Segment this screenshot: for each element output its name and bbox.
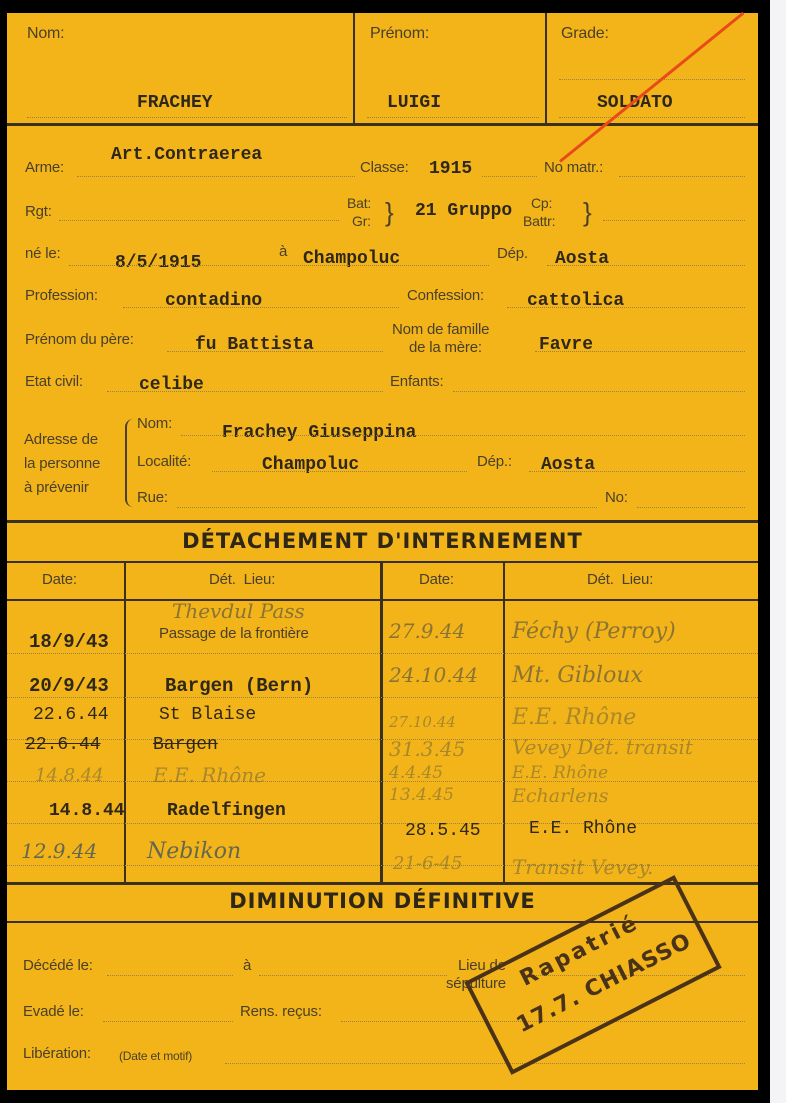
right-row-1-date: 24.10.44 xyxy=(389,663,478,687)
right-col-lieu-header: Dét. Lieu: xyxy=(587,571,653,588)
right-row-0-lieu: Féchy (Perroy) xyxy=(512,619,676,644)
contact-dep-value: Aosta xyxy=(541,455,595,475)
left-row-2-date: 20/9/43 xyxy=(29,675,109,697)
profession-label: Profession: xyxy=(25,287,98,304)
liberation-label: Libération: xyxy=(23,1045,91,1062)
rue-dotted-line xyxy=(177,507,597,508)
localite-value: Champoluc xyxy=(262,455,359,475)
ne-le-value: 8/5/1915 xyxy=(115,253,201,273)
section-rule-diminution-top xyxy=(7,882,758,885)
right-row-2-lieu: E.E. Rhône xyxy=(512,705,636,730)
right-row-0-date: 27.9.44 xyxy=(389,619,465,643)
left-col-divider xyxy=(124,563,126,883)
left-row-4-date-struck: 22.6.44 xyxy=(25,735,101,755)
etat-civil-dotted-line xyxy=(107,391,383,392)
arme-dotted-line xyxy=(77,176,355,177)
decede-a-dotted-line xyxy=(259,975,447,976)
left-row-4-lieu-struck: Bargen xyxy=(153,735,218,755)
nom-label: Nom: xyxy=(27,25,64,43)
row-line-2 xyxy=(7,697,758,698)
contact-dep-label: Dép.: xyxy=(477,453,512,470)
right-row-4-lieu: E.E. Rhône xyxy=(512,763,608,783)
etat-civil-value: celibe xyxy=(139,375,204,395)
contact-nom-value: Frachey Giuseppina xyxy=(222,423,416,443)
rue-label: Rue: xyxy=(137,489,168,506)
contact-group-label-1: Adresse de xyxy=(24,431,98,448)
row-line-1 xyxy=(7,653,758,654)
etat-civil-label: Etat civil: xyxy=(25,373,83,390)
confession-dotted-line xyxy=(507,307,745,308)
pere-dotted-line xyxy=(167,351,383,352)
left-row-3-lieu: St Blaise xyxy=(159,705,256,725)
contact-group-label-2: la personne xyxy=(24,455,100,472)
row-line-5 xyxy=(7,823,758,824)
pere-value: fu Battista xyxy=(195,335,314,355)
row-line-4 xyxy=(7,781,758,782)
right-row-6-date: 28.5.45 xyxy=(405,821,481,841)
a-label: à xyxy=(279,243,287,260)
left-row-6-date: 14.8.44 xyxy=(49,801,125,821)
right-row-7-date: 21-6-45 xyxy=(393,853,462,874)
no-dotted-line xyxy=(637,507,745,508)
grade-dotted-line-1 xyxy=(559,79,745,80)
prenom-value: LUIGI xyxy=(387,93,441,113)
bat-label: Bat: xyxy=(347,195,371,211)
liberation-dotted-line xyxy=(225,1063,745,1064)
rens-recus-label: Rens. reçus: xyxy=(240,1003,322,1020)
cp-dotted-line xyxy=(603,220,745,221)
battr-label: Battr: xyxy=(523,213,555,229)
bat-gr-value: 21 Gruppo xyxy=(415,201,512,221)
mere-label-line2: de la mère: xyxy=(409,339,482,356)
right-col-divider xyxy=(503,563,505,883)
left-row-6-lieu: Radelfingen xyxy=(167,801,286,821)
mere-label-line1: Nom de famille xyxy=(392,321,489,338)
ne-le-label: né le: xyxy=(25,245,61,262)
left-col-lieu-header: Dét. Lieu: xyxy=(209,571,275,588)
localite-label: Localité: xyxy=(137,453,191,470)
localite-dotted-line xyxy=(212,471,467,472)
section-rule-detachement-top xyxy=(7,520,758,523)
decede-a-label: à xyxy=(243,957,251,974)
header-divider-2 xyxy=(545,13,547,123)
left-row-5-lieu: E.E. Rhône xyxy=(153,763,266,787)
a-value: Champoluc xyxy=(303,249,400,269)
left-row-1-date: 18/9/43 xyxy=(29,631,109,653)
nom-dotted-line xyxy=(27,117,347,118)
rgt-dotted-line xyxy=(59,220,339,221)
cp-battr-brace: } xyxy=(583,197,591,228)
arme-value: Art.Contraerea xyxy=(111,145,262,165)
left-row-5-date: 14.8.44 xyxy=(35,765,104,786)
nom-value: FRACHEY xyxy=(137,93,213,113)
prenom-label: Prénom: xyxy=(370,25,429,43)
header-bottom-rule xyxy=(7,123,758,126)
header-divider-1 xyxy=(353,13,355,123)
grade-dotted-line-2 xyxy=(559,117,745,118)
left-col-date-header: Date: xyxy=(42,571,77,588)
pere-label: Prénom du père: xyxy=(25,331,134,348)
profession-value: contadino xyxy=(165,291,262,311)
contact-group-label-3: à prévenir xyxy=(24,479,89,496)
border-crossing-label: Passage de la frontière xyxy=(159,625,309,642)
right-row-5-date: 13.4.45 xyxy=(389,785,454,805)
decede-label: Décédé le: xyxy=(23,957,93,974)
grade-value: SOLDATO xyxy=(597,93,673,113)
detachement-title: DÉTACHEMENT D'INTERNEMENT xyxy=(7,529,758,553)
contact-brace xyxy=(125,419,135,507)
right-row-6-lieu: E.E. Rhône xyxy=(529,819,637,839)
right-row-4-date: 4.4.45 xyxy=(389,763,443,783)
enfants-dotted-line xyxy=(453,391,745,392)
right-row-3-lieu: Vevey Dét. transit xyxy=(512,735,693,759)
right-row-2-date: 27.10.44 xyxy=(389,713,456,731)
bat-gr-brace: } xyxy=(385,197,393,228)
left-row-0-lieu: Thevdul Pass xyxy=(172,599,305,623)
decede-dotted-line xyxy=(107,975,233,976)
arme-label: Arme: xyxy=(25,159,64,176)
internment-record-card: Nom: FRACHEY Prénom: LUIGI Grade: SOLDAT… xyxy=(7,13,758,1090)
classe-label: Classe: xyxy=(360,159,409,176)
left-row-7-date: 12.9.44 xyxy=(21,839,97,863)
gr-label: Gr: xyxy=(352,213,371,229)
contact-dep-dotted-line xyxy=(529,471,745,472)
ne-le-dotted-line xyxy=(69,265,489,266)
profession-dotted-line xyxy=(123,307,399,308)
prenom-dotted-line xyxy=(367,117,539,118)
right-row-1-lieu: Mt. Gibloux xyxy=(512,663,643,688)
right-margin-strip xyxy=(770,0,786,1103)
contact-nom-dotted-line xyxy=(181,435,745,436)
enfants-label: Enfants: xyxy=(390,373,443,390)
right-row-3-date: 31.3.45 xyxy=(389,737,465,761)
mere-dotted-line xyxy=(535,351,745,352)
contact-nom-label: Nom: xyxy=(137,415,172,432)
grade-label: Grade: xyxy=(561,25,609,43)
confession-value: cattolica xyxy=(527,291,624,311)
center-divider xyxy=(380,563,383,883)
liberation-hint: (Date et motif) xyxy=(119,1049,192,1063)
classe-value: 1915 xyxy=(429,159,472,179)
dep-value: Aosta xyxy=(555,249,609,269)
left-row-3-date: 22.6.44 xyxy=(33,705,109,725)
dep-label: Dép. xyxy=(497,245,528,262)
classe-dotted-line xyxy=(482,176,537,177)
right-row-7-lieu: Transit Vevey. xyxy=(512,855,653,879)
right-col-date-header: Date: xyxy=(419,571,454,588)
rgt-label: Rgt: xyxy=(25,203,52,220)
right-row-5-lieu: Echarlens xyxy=(512,785,608,807)
dep-dotted-line xyxy=(547,265,745,266)
evade-dotted-line xyxy=(103,1021,233,1022)
evade-label: Evadé le: xyxy=(23,1003,84,1020)
nomatr-dotted-line xyxy=(619,176,745,177)
cp-label: Cp: xyxy=(531,195,552,211)
no-label: No: xyxy=(605,489,628,506)
left-row-2-lieu: Bargen (Bern) xyxy=(165,675,313,697)
nomatr-label: No matr.: xyxy=(544,159,603,176)
mere-value: Favre xyxy=(539,335,593,355)
left-row-7-lieu: Nebikon xyxy=(147,839,241,864)
confession-label: Confession: xyxy=(407,287,484,304)
